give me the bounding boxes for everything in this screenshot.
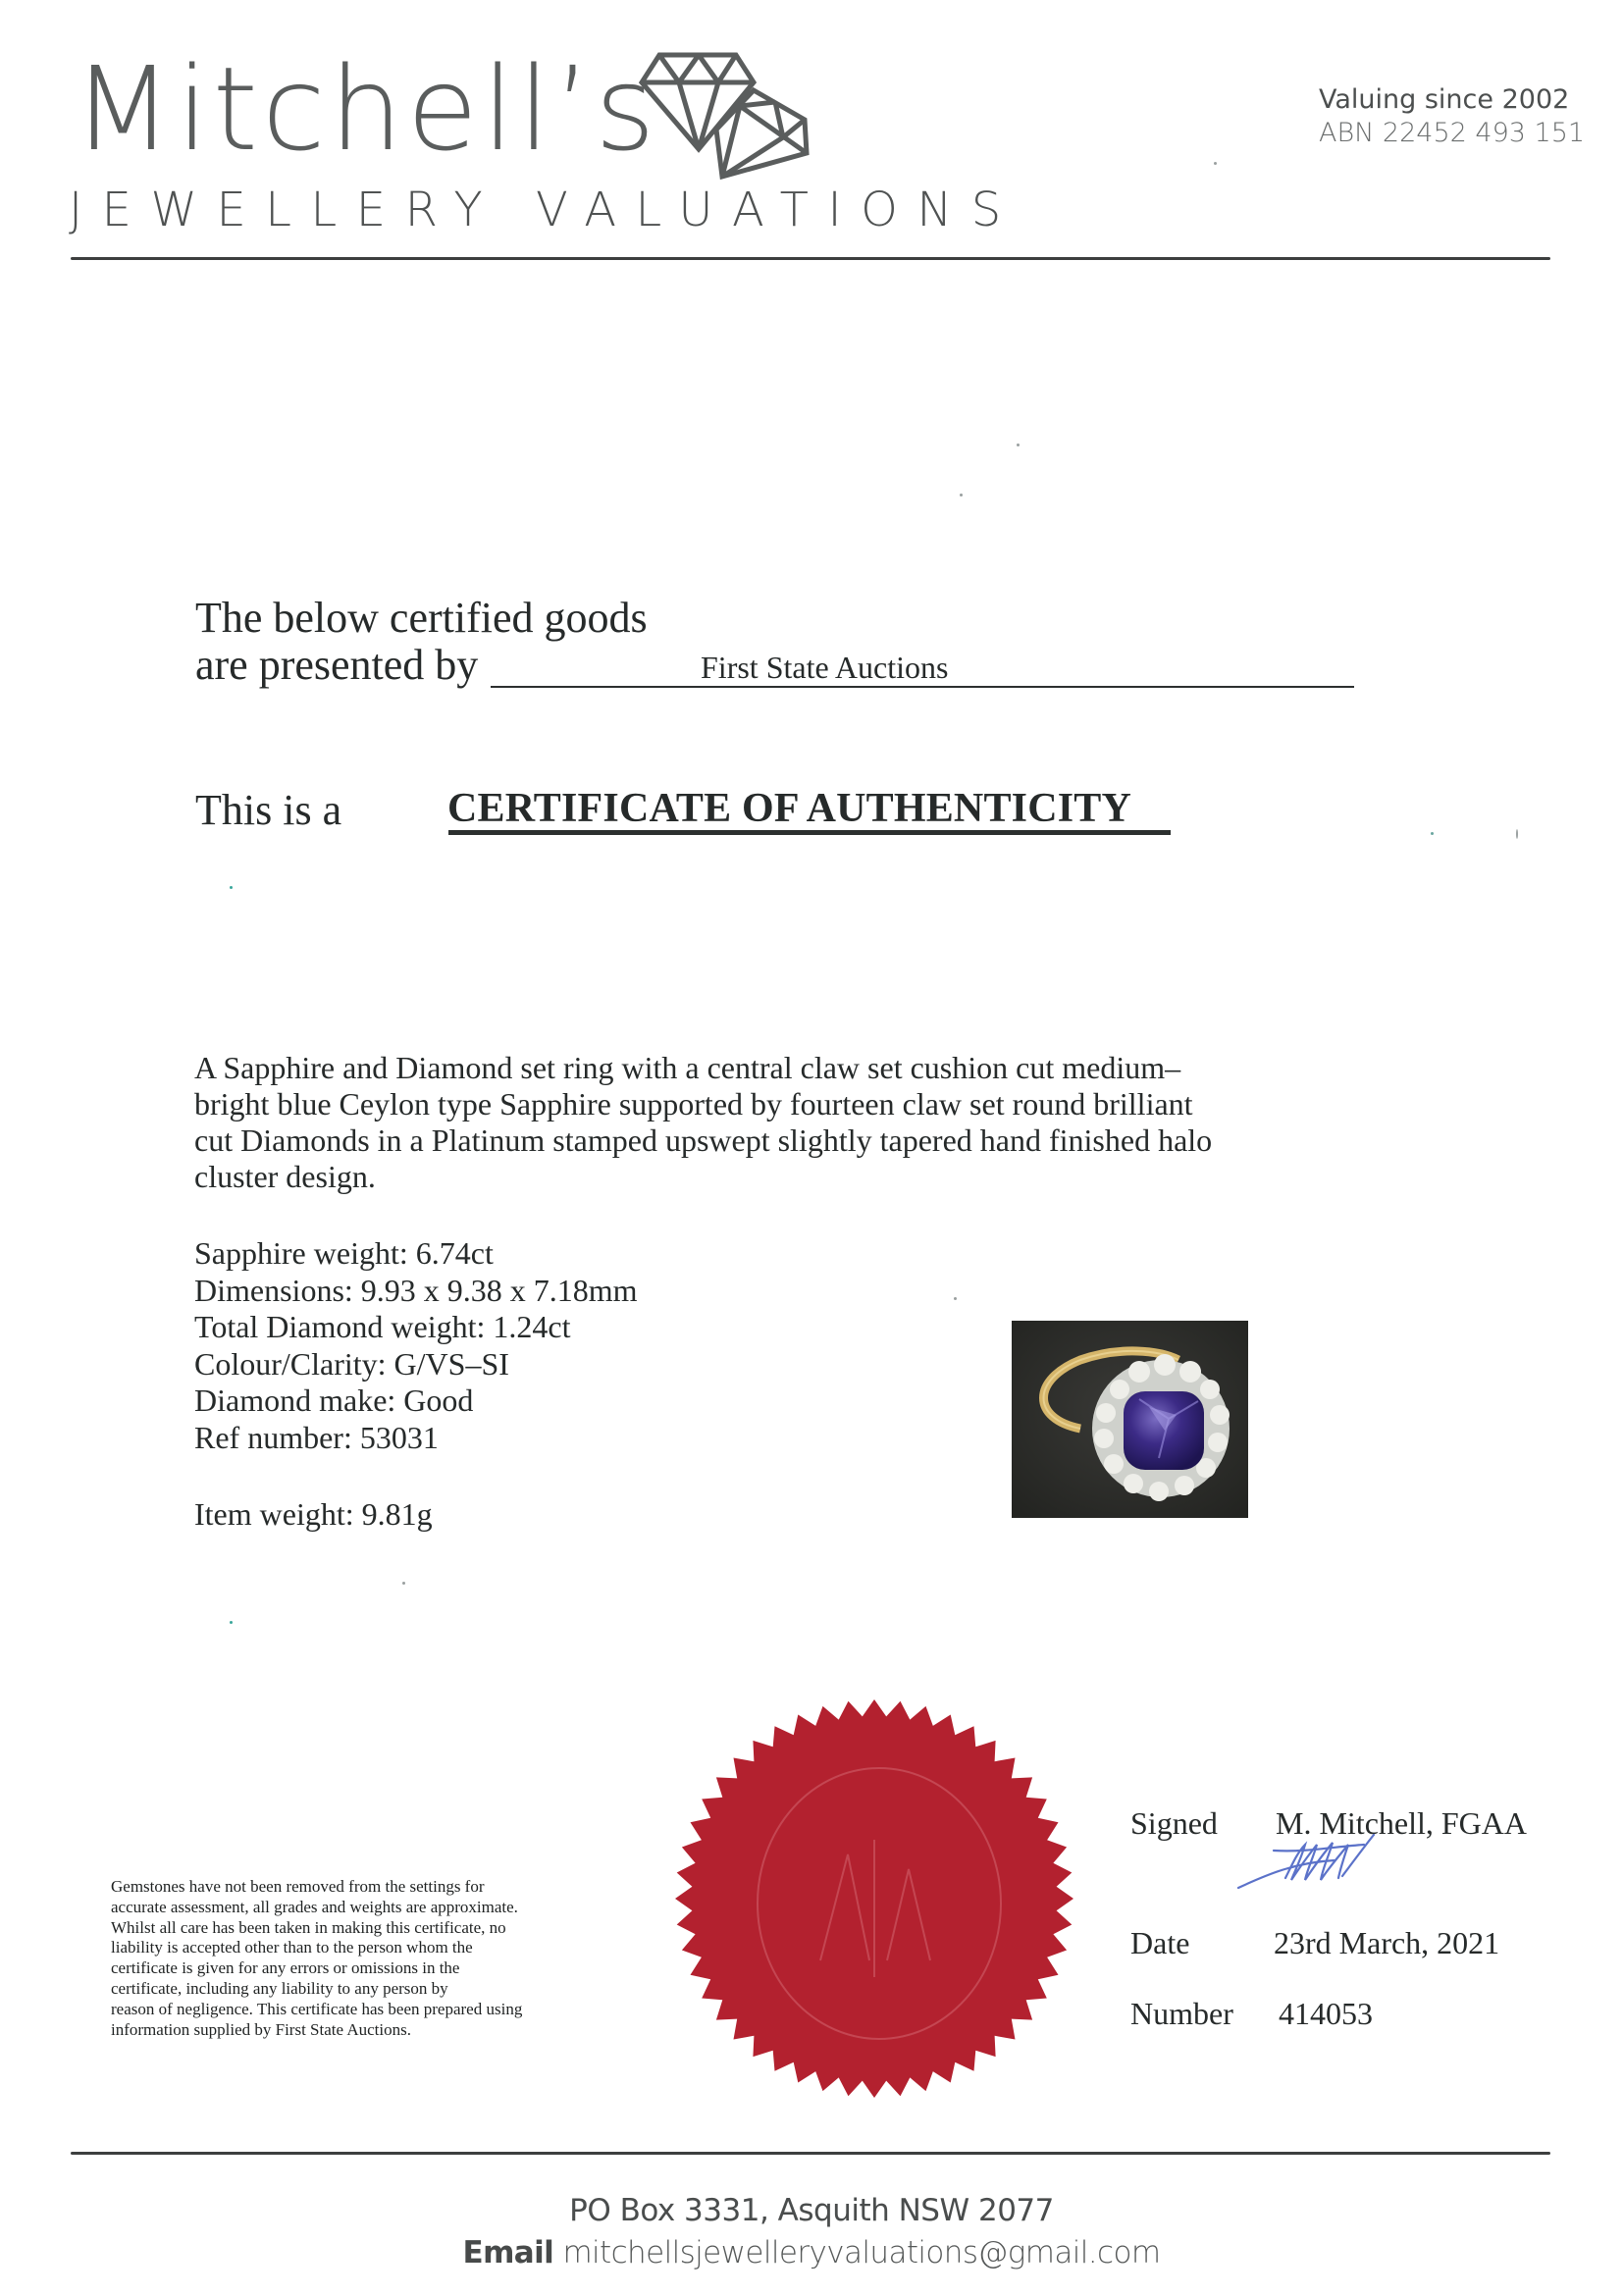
footer-divider xyxy=(71,2152,1550,2155)
scan-speck xyxy=(402,1582,405,1585)
description-line: cut Diamonds in a Platinum stamped upswe… xyxy=(194,1122,1313,1159)
scan-speck xyxy=(1431,832,1434,835)
presented-line-2: are presented by xyxy=(195,642,478,689)
description-line: cluster design. xyxy=(194,1159,1313,1195)
brand-name: Mitchell’s xyxy=(73,51,659,167)
date-label: Date xyxy=(1130,1927,1189,1958)
spec-diamond-make: Diamond make: Good xyxy=(194,1383,638,1420)
scan-speck xyxy=(1017,444,1020,446)
item-description: A Sapphire and Diamond set ring with a c… xyxy=(194,1050,1313,1195)
presented-line-1: The below certified goods xyxy=(195,595,648,642)
spec-sapphire-weight: Sapphire weight: 6.74ct xyxy=(194,1235,638,1273)
postal-address: PO Box 3331, Asquith NSW 2077 xyxy=(0,2193,1623,2228)
spec-total-diamond-weight: Total Diamond weight: 1.24ct xyxy=(194,1309,638,1346)
item-weight: Item weight: 9.81g xyxy=(194,1498,433,1530)
scan-speck xyxy=(230,1621,233,1624)
spec-ref-number: Ref number: 53031 xyxy=(194,1420,638,1457)
tagline: Valuing since 2002 xyxy=(1319,84,1569,115)
scan-speck xyxy=(954,1297,957,1300)
signature-icon xyxy=(1227,1831,1423,1900)
signed-label: Signed xyxy=(1130,1807,1218,1839)
description-line: bright blue Ceylon type Sapphire support… xyxy=(194,1086,1313,1122)
certificate-intro: This is a xyxy=(195,789,341,832)
disclaimer: Gemstones have not been removed from the… xyxy=(111,1877,522,2040)
brand-subtitle: JEWELLERY VALUATIONS xyxy=(69,186,1021,234)
email-label: Email xyxy=(463,2235,554,2270)
scan-speck xyxy=(1516,829,1518,839)
abn-number: ABN 22452 493 151 xyxy=(1319,118,1585,148)
description-line: A Sapphire and Diamond set ring with a c… xyxy=(194,1050,1313,1086)
certificate-title-underline xyxy=(448,830,1171,835)
date-value: 23rd March, 2021 xyxy=(1274,1927,1499,1958)
certificate-title: CERTIFICATE OF AUTHENTICITY xyxy=(447,788,1131,829)
certificate-number: 414053 xyxy=(1279,1998,1373,2029)
scan-speck xyxy=(230,886,233,889)
spec-dimensions: Dimensions: 9.93 x 9.38 x 7.18mm xyxy=(194,1273,638,1310)
scan-speck xyxy=(960,494,963,496)
embossed-seal-icon xyxy=(673,1697,1075,2100)
email-link[interactable]: mitchellsjewelleryvaluations@gmail.com xyxy=(562,2235,1160,2270)
email-row: Email mitchellsjewelleryvaluations@gmail… xyxy=(0,2235,1623,2270)
specifications-list: Sapphire weight: 6.74ct Dimensions: 9.93… xyxy=(194,1235,638,1457)
sapphire-ring-image-icon xyxy=(1012,1321,1248,1518)
presenter-name: First State Auctions xyxy=(701,652,948,683)
spec-colour-clarity: Colour/Clarity: G/VS–SI xyxy=(194,1346,638,1383)
scan-speck xyxy=(1214,162,1217,165)
number-label: Number xyxy=(1130,1998,1233,2029)
header-divider xyxy=(71,257,1550,260)
ring-photo xyxy=(1012,1321,1248,1518)
diamonds-icon xyxy=(638,43,814,183)
presenter-underline xyxy=(491,686,1354,688)
